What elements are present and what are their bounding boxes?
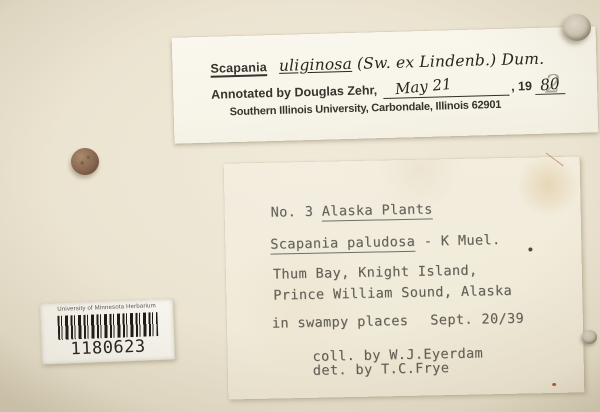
taxon-underlined: Scapania paludosa xyxy=(270,234,415,255)
silver-pin-top-right xyxy=(563,14,591,41)
dark-speck xyxy=(528,247,532,251)
determiner-line: det. by T.C.Frye xyxy=(313,360,450,379)
determination-line: Scapaniauliginosa(Sw. ex Lindenb.) Dum. xyxy=(210,50,544,77)
region-underlined: Alaska Plants xyxy=(322,201,433,221)
genus-printed: Scapania xyxy=(210,60,267,76)
annotated-by-printed: Annotated by Douglas Zehr, xyxy=(211,83,377,101)
species-handwritten: uliginosa xyxy=(279,55,353,75)
date-blank-line: May 21 xyxy=(383,77,509,99)
authority-handwritten: (Sw. ex Lindenb.) Dum. xyxy=(357,50,545,73)
barcode-label: University of Minnesota Herbarium 118062… xyxy=(40,298,175,364)
collection-label: No. 3 Alaska Plants Scapania paludosa - … xyxy=(224,156,585,399)
habitat-text: in swampy places xyxy=(272,313,409,332)
bronze-pin xyxy=(71,148,99,175)
barcode-number: 1180623 xyxy=(41,335,175,360)
locality-line-2: Prince William Sound, Alaska xyxy=(273,283,512,304)
collection-number: No. 3 xyxy=(271,204,314,221)
date-handwritten: May 21 xyxy=(382,75,452,100)
corner-crease xyxy=(546,152,564,166)
annotation-line: Annotated by Douglas Zehr,May 21, 1980 xyxy=(211,75,565,104)
red-speck xyxy=(552,383,556,386)
annotation-label: Scapaniauliginosa(Sw. ex Lindenb.) Dum. … xyxy=(172,26,599,143)
locality-line-1: Thum Bay, Knight Island, xyxy=(273,263,478,283)
silver-pin-right xyxy=(582,330,597,344)
collection-date: Sept. 20/39 xyxy=(430,311,524,329)
habitat-date-line: in swampy placesSept. 20/39 xyxy=(272,311,525,332)
herbarium-sheet: Scapaniauliginosa(Sw. ex Lindenb.) Dum. … xyxy=(0,0,600,412)
pencil-note: 2 xyxy=(545,69,562,98)
taxon-line: Scapania paludosa - K Muel. xyxy=(270,232,501,253)
collection-number-line: No. 3 Alaska Plants xyxy=(271,201,433,220)
year-prefix-printed: , 19 xyxy=(511,79,532,94)
taxon-suffix: - K Muel. xyxy=(424,232,501,250)
